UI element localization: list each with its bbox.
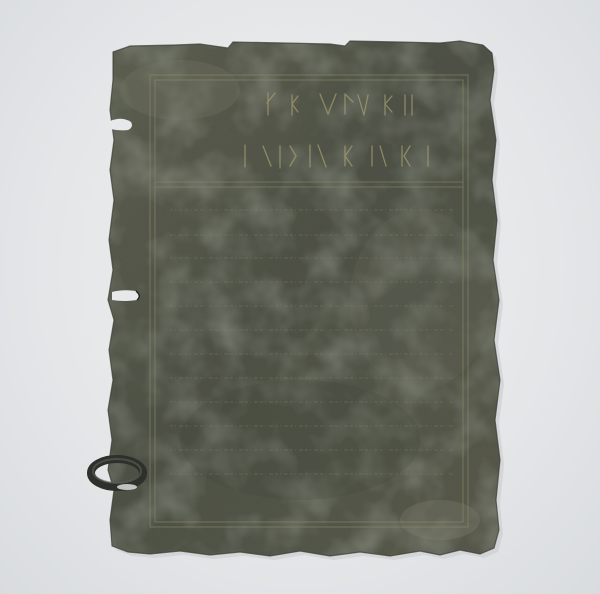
photo-scene xyxy=(0,0,600,594)
tablet-illustration xyxy=(0,0,600,594)
